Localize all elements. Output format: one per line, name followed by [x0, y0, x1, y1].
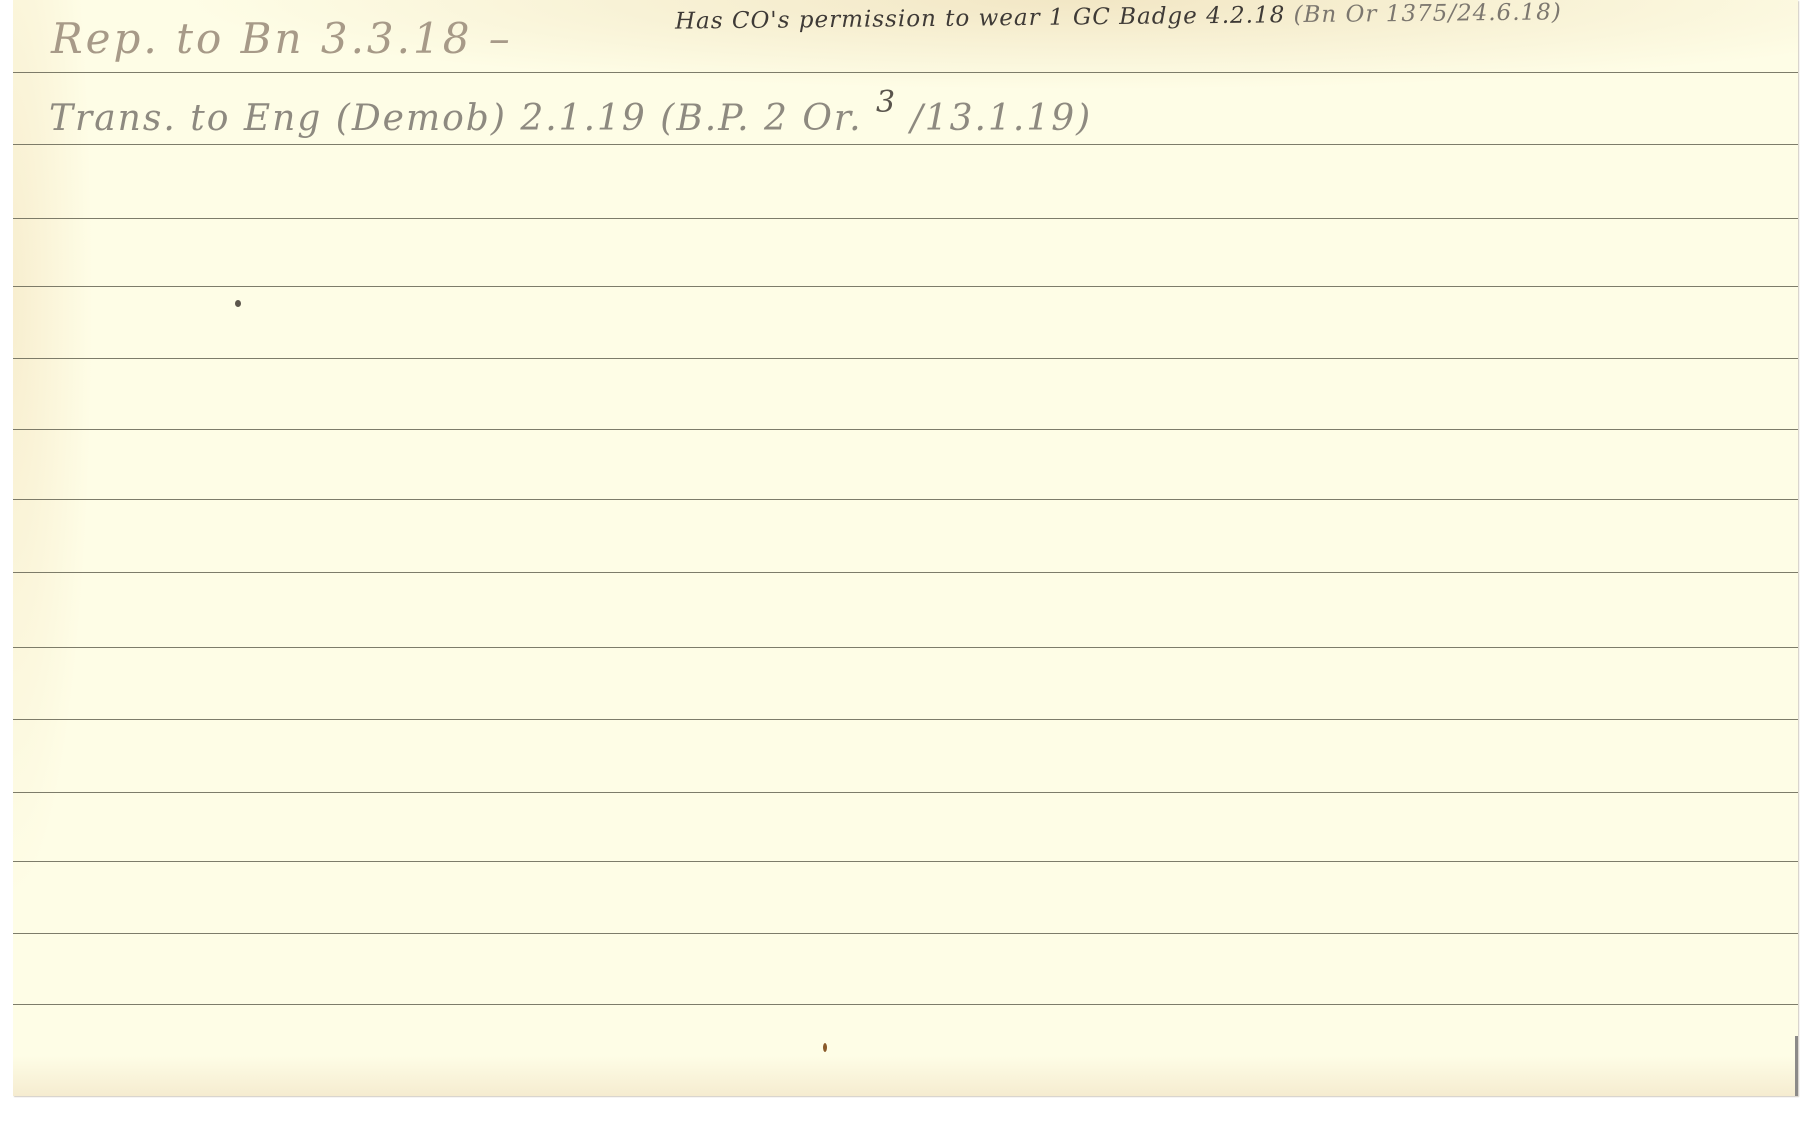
ruled-line — [13, 572, 1798, 573]
transfer-text: Trans. to Eng (Demob) 2.1.19 (B.P. 2 Or. — [49, 98, 863, 139]
entry-transfer-england: Trans. to Eng (Demob) 2.1.19 (B.P. 2 Or.… — [49, 98, 1092, 139]
ruled-line — [13, 429, 1798, 430]
ruled-line — [13, 792, 1798, 793]
entry-rejoined-battalion: Rep. to Bn 3.3.18 – — [51, 14, 513, 63]
ruled-line — [13, 499, 1798, 500]
ruled-line — [13, 1004, 1798, 1005]
badge-permission-text: Has CO's permission to wear 1 GC Badge 4… — [675, 2, 1286, 34]
ruled-line — [13, 72, 1798, 73]
ruled-line — [13, 861, 1798, 862]
ruled-line — [13, 933, 1798, 934]
badge-permission-ref: (Bn Or 1375/24.6.18) — [1293, 0, 1561, 28]
ruled-line — [13, 144, 1798, 145]
entry-badge-permission: Has CO's permission to wear 1 GC Badge 4… — [675, 0, 1562, 35]
transfer-superscript: 3 — [876, 85, 897, 120]
index-card: Rep. to Bn 3.3.18 – Has CO's permission … — [13, 0, 1798, 1096]
ruled-line — [13, 286, 1798, 287]
ruled-line — [13, 218, 1798, 219]
ruled-line — [13, 719, 1798, 720]
scan-edge-shadow — [1795, 1036, 1798, 1096]
transfer-tail: /13.1.19) — [911, 98, 1093, 139]
ruled-line — [13, 358, 1798, 359]
ink-dot-mark — [235, 300, 241, 307]
ruled-line — [13, 647, 1798, 648]
ink-dot-mark — [823, 1043, 827, 1052]
